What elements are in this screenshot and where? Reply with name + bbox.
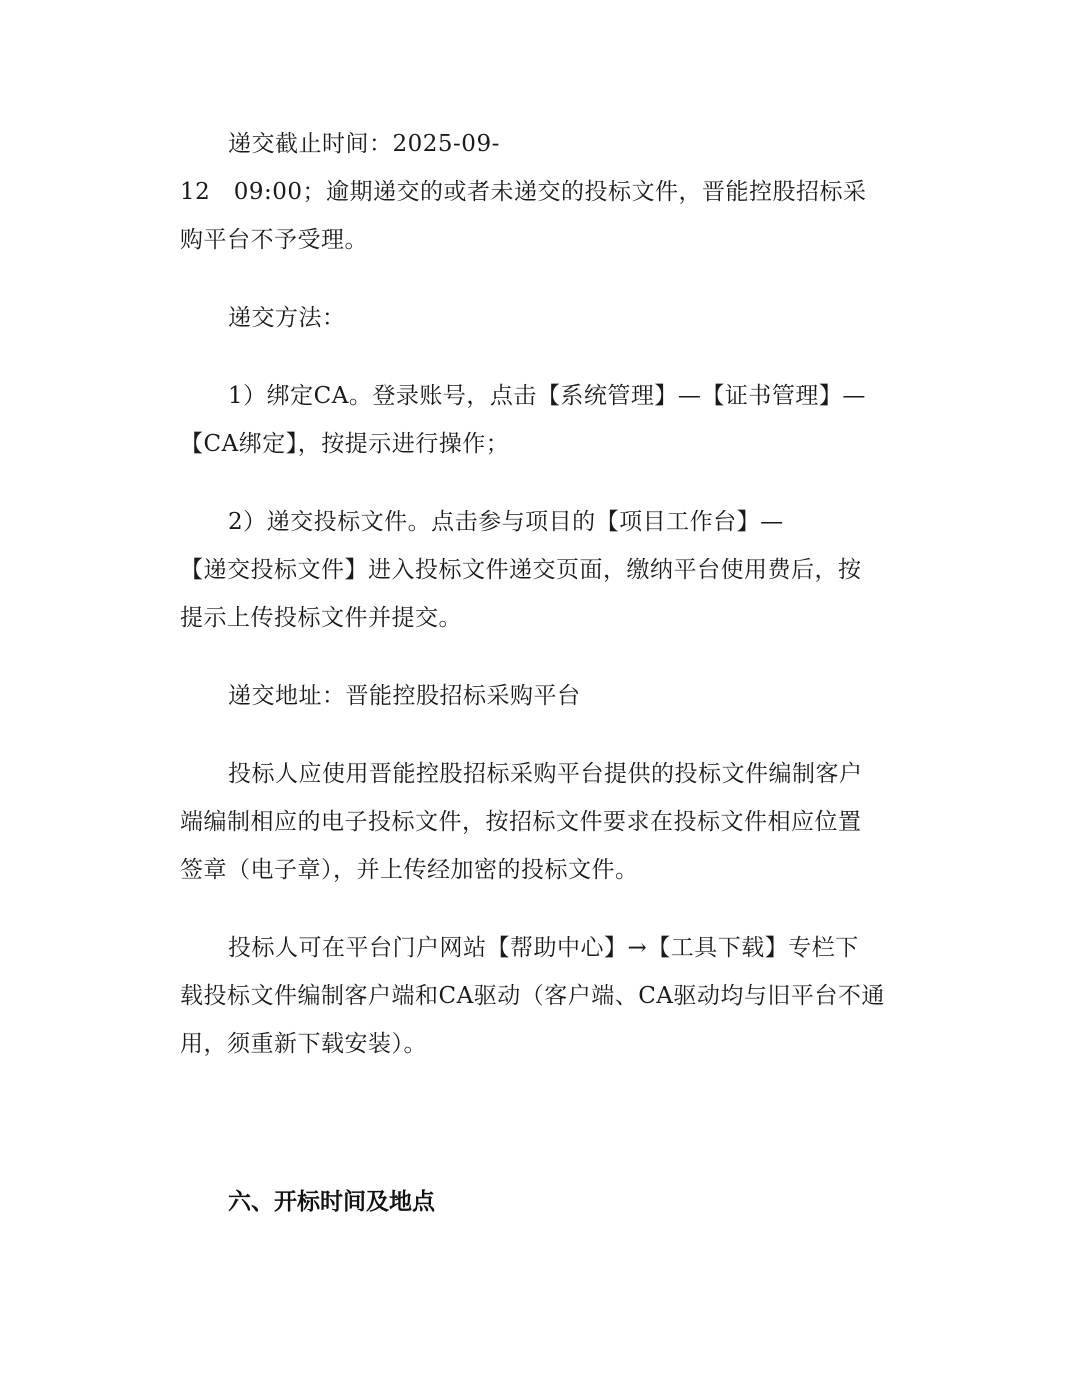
- section-heading: 六、开标时间及地点: [228, 1182, 435, 1222]
- method-label: 递交方法：: [180, 294, 900, 342]
- deadline-line-1: 递交截止时间：2025-09-: [180, 120, 900, 168]
- step2-paragraph: 2）递交投标文件。点击参与项目的【项目工作台】— 【递交投标文件】进入投标文件递…: [180, 498, 900, 642]
- step1-paragraph: 1）绑定CA。登录账号，点击【系统管理】—【证书管理】— 【CA绑定】，按提示进…: [180, 372, 900, 468]
- download-note-line-1: 投标人可在平台门户网站【帮助中心】→【工具下载】专栏下: [180, 924, 900, 972]
- deadline-line-2: 12 09:00；逾期递交的或者未递交的投标文件，晋能控股招标采: [180, 168, 900, 216]
- step2-line-2: 【递交投标文件】进入投标文件递交页面，缴纳平台使用费后，按: [180, 546, 900, 594]
- document-body: 递交截止时间：2025-09- 12 09:00；逾期递交的或者未递交的投标文件…: [180, 120, 900, 1068]
- method-label-paragraph: 递交方法：: [180, 294, 900, 342]
- address-line: 递交地址：晋能控股招标采购平台: [180, 672, 900, 720]
- deadline-paragraph: 递交截止时间：2025-09- 12 09:00；逾期递交的或者未递交的投标文件…: [180, 120, 900, 264]
- client-note-line-1: 投标人应使用晋能控股招标采购平台提供的投标文件编制客户: [180, 750, 900, 798]
- client-note-line-2: 端编制相应的电子投标文件，按招标文件要求在投标文件相应位置: [180, 798, 900, 846]
- download-note-paragraph: 投标人可在平台门户网站【帮助中心】→【工具下载】专栏下 载投标文件编制客户端和C…: [180, 924, 900, 1068]
- address-paragraph: 递交地址：晋能控股招标采购平台: [180, 672, 900, 720]
- step2-line-3: 提示上传投标文件并提交。: [180, 594, 900, 642]
- step2-line-1: 2）递交投标文件。点击参与项目的【项目工作台】—: [180, 498, 900, 546]
- step1-line-1: 1）绑定CA。登录账号，点击【系统管理】—【证书管理】—: [180, 372, 900, 420]
- download-note-line-2: 载投标文件编制客户端和CA驱动（客户端、CA驱动均与旧平台不通: [180, 972, 900, 1020]
- deadline-line-3: 购平台不予受理。: [180, 216, 900, 264]
- step1-line-2: 【CA绑定】，按提示进行操作；: [180, 420, 900, 468]
- client-note-line-3: 签章（电子章），并上传经加密的投标文件。: [180, 846, 900, 894]
- client-note-paragraph: 投标人应使用晋能控股招标采购平台提供的投标文件编制客户 端编制相应的电子投标文件…: [180, 750, 900, 894]
- download-note-line-3: 用，须重新下载安装）。: [180, 1020, 900, 1068]
